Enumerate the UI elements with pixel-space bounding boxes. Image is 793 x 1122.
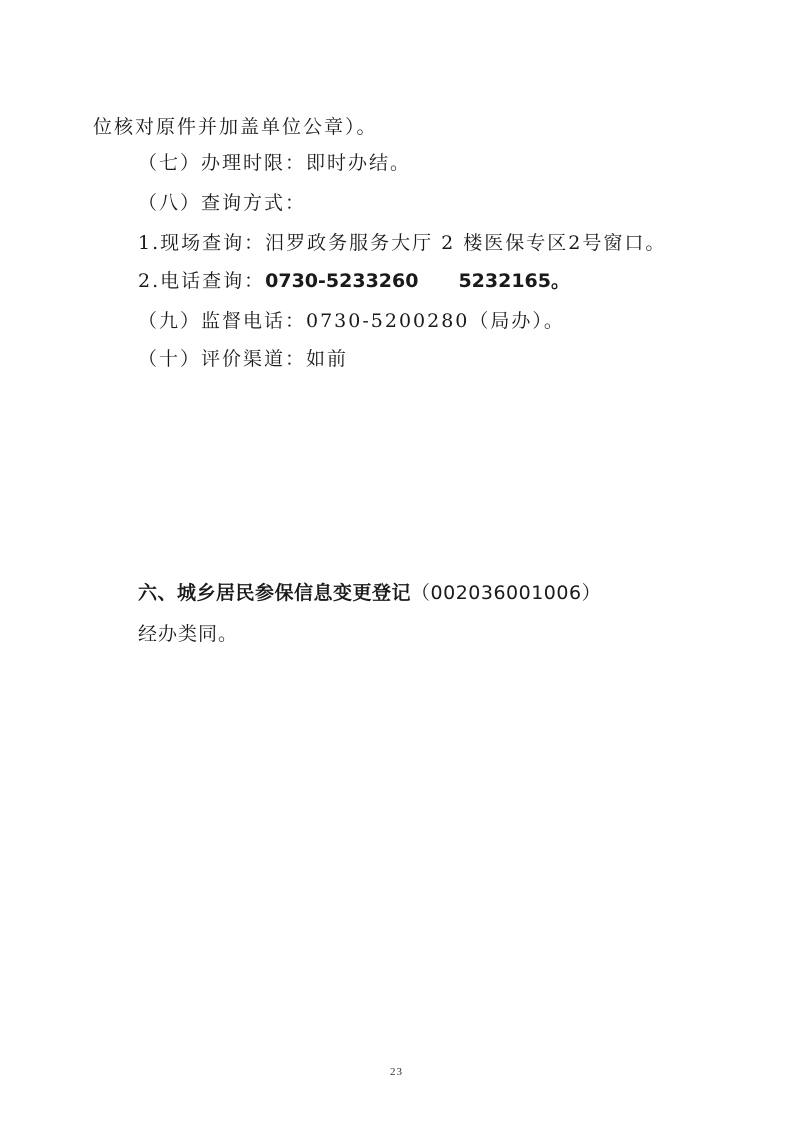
phone-number-1: 0730-5233260 (265, 270, 418, 292)
section-title: 六、城乡居民参保信息变更登记 (138, 582, 411, 604)
section-heading-six: 六、城乡居民参保信息变更登记（002036001006） (138, 581, 601, 605)
phone-number-2: 5232165。 (458, 270, 570, 292)
text-line-supervision-phone: （九）监督电话：0730-5200280（局办）。 (138, 309, 565, 333)
text-line-processing-time: （七）办理时限：即时办结。 (138, 151, 411, 175)
text-line-query-methods: （八）查询方式： (138, 191, 306, 215)
text-line-continuation: 位核对原件并加盖单位公章）。 (93, 115, 378, 139)
page-number: 23 (0, 1066, 793, 1078)
text-line-phone-query: 2.电话查询：0730-52332605232165。 (138, 269, 570, 293)
text-line-onsite-query: 1.现场查询：汨罗政务服务大厅 2 楼医保专区2号窗口。 (138, 231, 666, 255)
section-body: 经办类同。 (138, 622, 238, 646)
phone-query-label: 2.电话查询： (138, 270, 265, 292)
text-line-evaluation-channel: （十）评价渠道：如前 (138, 347, 348, 371)
section-code: （002036001006） (411, 582, 601, 604)
